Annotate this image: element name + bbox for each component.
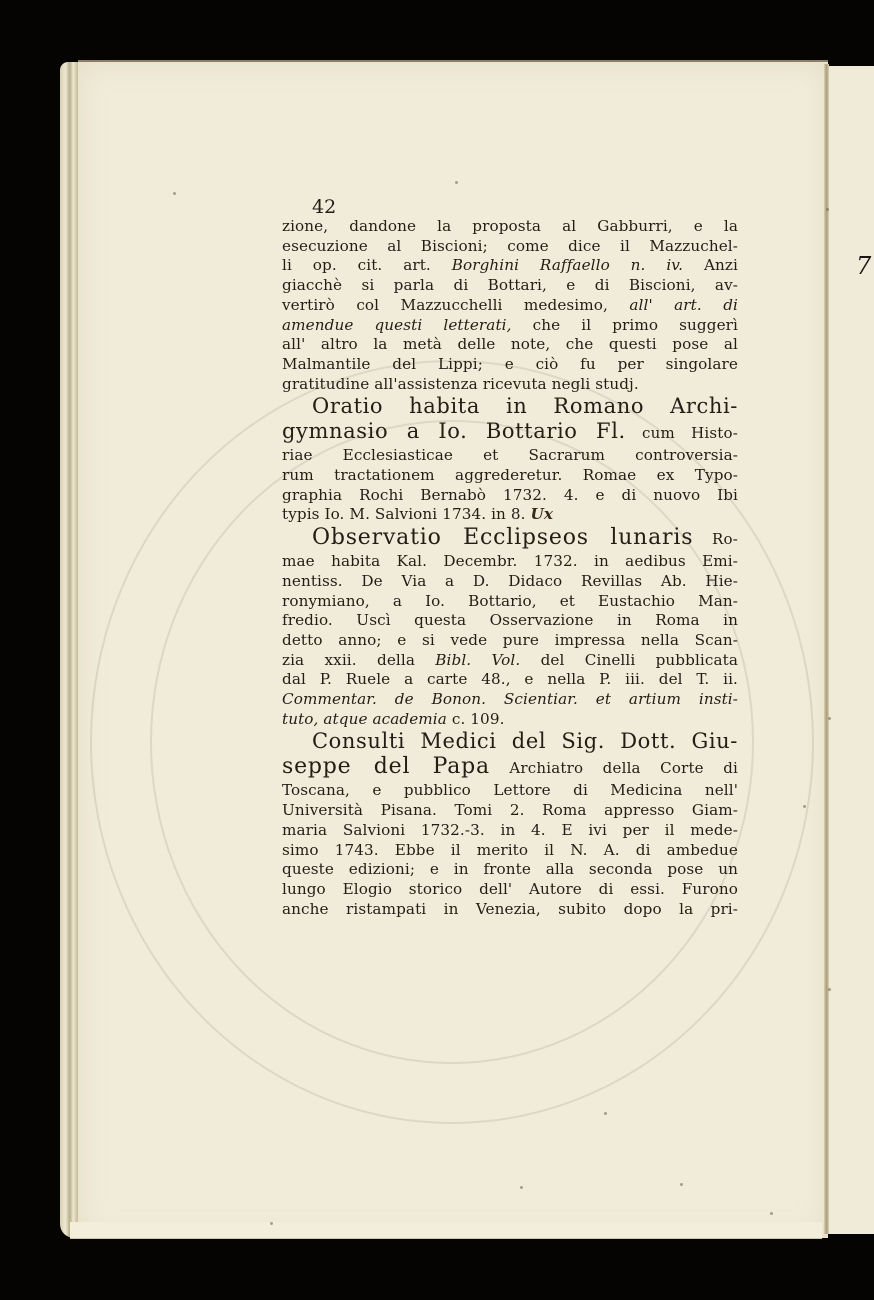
text-line: nentiss. De Via a D. Didaco Revillas Ab.… [282, 572, 738, 592]
text-line: anche ristampati in Venezia, subito dopo… [282, 900, 738, 920]
text-line: gratitudine all'assistenza ricevuta negl… [282, 375, 738, 395]
page-text: 42 zione, dandone la proposta al Gabburr… [282, 197, 738, 919]
entry-title: Oratio habita in Romano Archi- [282, 394, 738, 419]
text-line: ronymiano, a Io. Bottario, et Eustachio … [282, 592, 738, 612]
right-page [829, 66, 874, 1234]
text-line: graphia Rochi Bernabò 1732. 4. e di nuov… [282, 486, 738, 506]
handwritten-margin-note: 7 [856, 252, 871, 280]
entry-title: gymnasio a Io. Bottario Fl. cum Histo- [282, 419, 738, 446]
entry-title: Observatio Ecclipseos lunaris Ro- [282, 525, 738, 552]
text-line: maria Salvioni 1732.-3. in 4. E ivi per … [282, 821, 738, 841]
text-line: lungo Elogio storico dell' Autore di ess… [282, 880, 738, 900]
page-number: 42 [312, 197, 738, 217]
handwritten-mark: Ux [531, 505, 554, 523]
italic-reference: Borghini Raffaello n. iv. [452, 256, 683, 274]
text-line: zia xxii. della Bibl. Vol. del Cinelli p… [282, 651, 738, 671]
text-line: simo 1743. Ebbe il merito il N. A. di am… [282, 841, 738, 861]
text-line: fredio. Uscì questa Osservazione in Roma… [282, 611, 738, 631]
text-line: all' altro la metà delle note, che quest… [282, 335, 738, 355]
entry-title: Consulti Medici del Sig. Dott. Giu- [282, 729, 738, 754]
page-bottom-edge [70, 1222, 822, 1239]
text-line: Malmantile del Lippi; e ciò fu per singo… [282, 355, 738, 375]
text-line: giacchè si parla di Bottari, e di Biscio… [282, 276, 738, 296]
entry-oratio: Oratio habita in Romano Archi- gymnasio … [282, 394, 738, 525]
entry-title: seppe del Papa Archiatro della Corte di [282, 754, 738, 781]
entry-consulti: Consulti Medici del Sig. Dott. Giu- sepp… [282, 729, 738, 919]
text-line: rum tractationem aggrederetur. Romae ex … [282, 466, 738, 486]
text-line: mae habita Kal. Decembr. 1732. in aedibu… [282, 552, 738, 572]
text-line: zione, dandone la proposta al Gabburri, … [282, 217, 738, 237]
text-line: li op. cit. art. Borghini Raffaello n. i… [282, 256, 738, 276]
text-line: amendue questi letterati, che il primo s… [282, 316, 738, 336]
continuation-paragraph: zione, dandone la proposta al Gabburri, … [282, 217, 738, 394]
text-line: Commentar. de Bonon. Scientiar. et artiu… [282, 690, 738, 710]
text-line: tuto, atque academia c. 109. [282, 710, 738, 730]
text-line: dal P. Ruele a carte 48., e nella P. iii… [282, 670, 738, 690]
text-line: riae Ecclesiasticae et Sacrarum controve… [282, 446, 738, 466]
text-line: queste edizioni; e in fronte alla second… [282, 860, 738, 880]
text-line: esecuzione al Biscioni; come dice il Maz… [282, 237, 738, 257]
entry-observatio: Observatio Ecclipseos lunaris Ro- mae ha… [282, 525, 738, 729]
text-line: vertirò col Mazzucchelli medesimo, all' … [282, 296, 738, 316]
text-line: Toscana, e pubblico Lettore di Medicina … [282, 781, 738, 801]
text-line: detto anno; e si vede pure impressa nell… [282, 631, 738, 651]
text-line: Università Pisana. Tomi 2. Roma appresso… [282, 801, 738, 821]
text-line: typis Io. M. Salvioni 1734. in 8. Ux [282, 505, 738, 525]
